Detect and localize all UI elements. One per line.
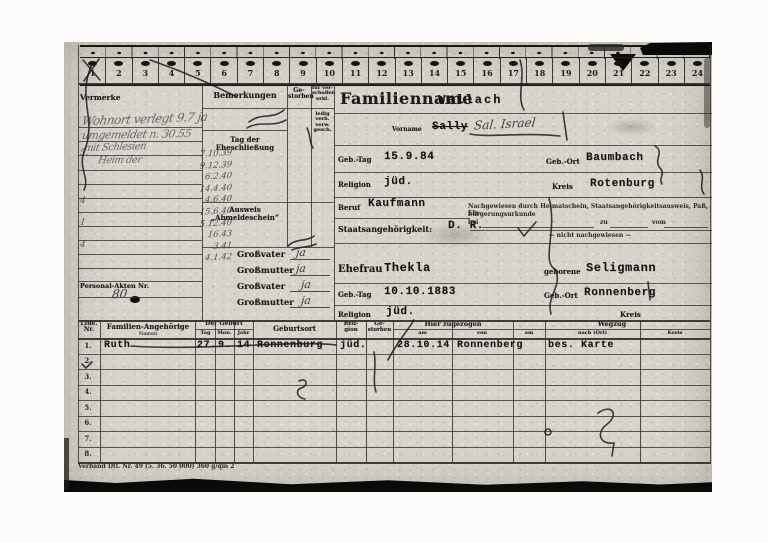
table-cell-name: Ruth (104, 340, 130, 351)
table-cell-zug_am: 28.10.14 (397, 340, 450, 351)
filled-dot-icon (351, 61, 360, 66)
rule-line (287, 83, 288, 247)
column-number: 18 (534, 68, 545, 78)
ehefrau-label: Ehefrau (338, 265, 383, 276)
rule-line (334, 172, 712, 173)
fill-in-line (290, 291, 330, 292)
handwritten-margin-mark: 4 (79, 240, 86, 250)
column-number: 5 (195, 68, 201, 78)
col-header-tag: Tag (196, 331, 215, 336)
scanned-registration-card: 123456789101112131415161718192021222324 … (0, 0, 768, 543)
filled-dot-icon (483, 61, 492, 66)
spouse-religion-value: jüd. (386, 306, 415, 318)
handwritten-date: 9.12.39 (191, 160, 232, 172)
printer-imprint: Verband Dtl. Nr. 49 (5. 36. 50 000) 360 … (78, 464, 234, 471)
filled-dot-icon (614, 61, 623, 66)
column-number: 17 (508, 68, 519, 78)
col-header-angehoerige: Familien-Angehörige (102, 323, 194, 330)
filled-dot-icon (404, 61, 413, 66)
handwritten-margin-mark: 1 (79, 218, 86, 228)
rule-line (195, 329, 253, 330)
handwritten-annotation: mit Schlesien (83, 141, 147, 154)
column-number: 7 (248, 68, 254, 78)
handwritten-date: 5.12.40 (191, 218, 232, 230)
rule-line (393, 329, 710, 330)
rule-line (334, 305, 712, 306)
table-row-number: 5. (80, 404, 96, 412)
column-number: 6 (221, 68, 227, 78)
rule-line (334, 243, 712, 244)
filled-dot-icon (640, 61, 649, 66)
nachweis-vom-label: vom (652, 220, 666, 227)
col-header-namen: Namen (102, 332, 194, 337)
rule-line (334, 197, 712, 198)
col-header-weg-kreis: Kreis (641, 331, 709, 336)
column-number: 10 (324, 68, 335, 78)
filled-dot-icon (509, 61, 518, 66)
column-number-cell: 4 (158, 58, 184, 84)
rule-line (334, 218, 470, 219)
filled-dot-icon (561, 61, 570, 66)
col-header-gestorben: Ge- storben (367, 322, 392, 334)
scan-smudge (588, 44, 624, 51)
rule-line (78, 369, 710, 370)
rule-line (334, 145, 712, 146)
column-number: 12 (376, 68, 387, 78)
kreis-value: Rotenburg (590, 178, 655, 190)
column-number: 22 (639, 68, 650, 78)
filled-dot-icon (193, 61, 202, 66)
column-number-cell: 23 (658, 58, 684, 84)
rule-line (78, 281, 202, 282)
numbered-column-row: 123456789101112131415161718192021222324 (80, 57, 710, 86)
geb-ort-label: Geb.-Ort (546, 158, 580, 166)
column-number-cell: 3 (132, 58, 158, 84)
beruf-label: Beruf (338, 204, 360, 212)
rule-line (78, 338, 710, 340)
rule-line (202, 130, 287, 131)
col-header-weg-am: am (514, 331, 544, 336)
spouse-geb-ort-value: Ronnenberg (584, 287, 656, 299)
table-row-number: 2. (80, 357, 96, 365)
vorname-typed-struck: Sally (432, 121, 468, 133)
filled-dot-icon (693, 61, 702, 66)
filled-dot-icon (535, 61, 544, 66)
column-number-cell: 9 (289, 58, 315, 84)
spouse-geb-tag-label: Geb.-Tag (338, 291, 371, 299)
nachweis-line2: bürgerungsurkunde (468, 212, 536, 219)
staatsangehoerigkeit-label: Staatsangehörigkeit: (338, 225, 432, 234)
filled-dot-icon (588, 61, 597, 66)
rule-line (100, 320, 101, 462)
column-number-cell: 22 (631, 58, 657, 84)
column-number-cell: 5 (184, 58, 210, 84)
table-row-number: 1. (80, 342, 96, 350)
grandparent-label: Großvater (237, 283, 285, 292)
rule-line (195, 320, 196, 462)
rule-line (78, 320, 710, 322)
geborene-label: geborene (544, 268, 581, 276)
rule-line (452, 320, 453, 462)
table-cell-ort: Ronnenburg (257, 340, 323, 351)
filled-dot-icon (430, 61, 439, 66)
filled-dot-icon (667, 61, 676, 66)
rule-line (202, 108, 334, 109)
column-number-cell: 1 (80, 58, 105, 84)
grandparent-label: Großmutter (237, 299, 294, 308)
gestorben-column-label: Ge- storben (288, 88, 310, 101)
geb-ort-value: Baumbach (586, 152, 644, 164)
grandparent-ja-value: ja (300, 278, 311, 292)
column-number-cell: 24 (684, 58, 710, 84)
column-number-cell: 2 (105, 58, 131, 84)
religion-value: jüd. (384, 176, 413, 188)
col-header-religion: Reli- gion (337, 322, 365, 334)
filled-dot-icon (272, 61, 281, 66)
rule-line (78, 198, 202, 199)
column-number: 11 (350, 68, 361, 78)
table-row-number: 7. (80, 435, 96, 443)
geborene-value: Seligmann (586, 261, 656, 275)
frame-line (710, 45, 711, 464)
column-number-cell: 15 (447, 58, 473, 84)
column-number-cell: 12 (368, 58, 394, 84)
rule-line (78, 170, 202, 171)
rule-line (78, 83, 710, 85)
col-header-jahr: Jahr (234, 331, 253, 336)
filled-dot-icon (299, 61, 308, 66)
rule-line (610, 227, 648, 228)
personal-akten-value: 80 (111, 287, 128, 302)
rule-line (336, 320, 337, 462)
table-cell-mon: 9. (218, 340, 231, 351)
rule-line (334, 83, 335, 320)
filled-dot-icon (88, 61, 97, 66)
filled-dot-icon (114, 61, 123, 66)
column-number: 16 (482, 68, 493, 78)
familienname-value: Wallach (438, 93, 502, 107)
column-number-cell: 17 (500, 58, 526, 84)
handwritten-margin-mark: 4 (79, 196, 86, 206)
col-header-geburtsort: Geburtsort (254, 325, 335, 332)
handwritten-date: 15.6.40 (191, 206, 232, 218)
handwritten-date: 7.10.39 (191, 148, 232, 160)
handwritten-date: 14.4.40 (191, 183, 232, 195)
column-number: 15 (455, 68, 466, 78)
familienstand-column-label: ledig verh. verw. gesch. (312, 112, 333, 134)
column-number-cell: 7 (237, 58, 263, 84)
table-row-number: 6. (80, 419, 96, 427)
col-header-wegzug: Wegzug (514, 321, 710, 328)
column-number: 14 (429, 68, 440, 78)
column-number: 2 (116, 68, 122, 78)
column-number-cell: 21 (605, 58, 631, 84)
grandparent-ja-value: ja (300, 294, 311, 308)
col-header-zug-am: am (394, 331, 451, 336)
bemerkungen-label: Bemerkungen (204, 91, 286, 100)
filled-dot-icon (246, 61, 255, 66)
vorname-label: Vorname (392, 127, 422, 133)
filled-dot-icon (220, 61, 229, 66)
nicht-nachgewiesen-label: — nicht nachgewiesen — (520, 233, 660, 240)
column-number: 24 (692, 68, 703, 78)
rule-line (78, 212, 202, 213)
verschollen-column-label: für ver- schollen erkl. (312, 86, 333, 102)
column-number: 4 (169, 68, 175, 78)
kreis-label: Kreis (552, 183, 573, 191)
table-cell-religion: jüd. (340, 340, 366, 351)
grandparent-label: Großmutter (237, 267, 294, 276)
rule-line (78, 268, 202, 269)
col-header-mon: Mon. (215, 331, 234, 336)
col-header-zugezogen: Hier zugezogen (394, 321, 512, 328)
handwritten-annotation: umgemeldet n. 30.55 (81, 127, 193, 142)
column-number: 19 (560, 68, 571, 78)
rule-line (78, 254, 202, 255)
filled-dot-icon (167, 61, 176, 66)
grandparent-ja-value: ja (295, 246, 306, 260)
handwritten-annotation: Heim der (97, 155, 143, 167)
rule-line (482, 227, 594, 228)
spouse-geb-ort-label: Geb.-Ort (544, 292, 578, 300)
table-cell-weg_nach: bes. Karte (548, 340, 614, 351)
geb-tag-label: Geb.-Tag (338, 156, 371, 164)
beruf-value: Kaufmann (368, 198, 426, 210)
column-number-cell: 13 (395, 58, 421, 84)
rule-line (78, 447, 710, 448)
filled-dot-icon (377, 61, 386, 66)
rule-line (470, 230, 712, 231)
column-number: 13 (403, 68, 414, 78)
column-number-cell: 14 (421, 58, 447, 84)
table-row-number: 4. (80, 388, 96, 396)
spouse-kreis-label: Kreis (620, 311, 641, 319)
rule-line (545, 320, 546, 462)
col-header-weg-nach: nach (Ort) (546, 331, 639, 336)
nachweis-bei-label: bei (468, 220, 478, 227)
column-number: 23 (666, 68, 677, 78)
handwritten-margin-mark: 5. (79, 148, 89, 159)
rule-line (78, 226, 202, 227)
religion-label: Religion (338, 181, 371, 189)
column-number-cell: 19 (552, 58, 578, 84)
fill-in-line (290, 307, 330, 308)
rule-line (234, 320, 235, 462)
rule-line (78, 416, 710, 417)
grandparent-ja-value: ja (295, 262, 306, 276)
col-header-lfde-nr: Lfde. Nr. (79, 321, 99, 334)
column-number: 3 (142, 68, 148, 78)
column-number: 8 (274, 68, 280, 78)
ehefrau-name-value: Thekla (384, 261, 431, 275)
rule-line (640, 320, 641, 462)
rule-line (78, 431, 710, 432)
filled-dot-icon (325, 61, 334, 66)
spouse-religion-label: Religion (338, 311, 371, 319)
rule-line (78, 400, 710, 401)
nachweis-zu-label: zu (600, 220, 608, 227)
rule-line (334, 283, 712, 284)
rule-line (664, 227, 708, 228)
handwritten-date: 3.41 (191, 241, 232, 253)
column-number: 21 (613, 68, 624, 78)
rule-line (78, 184, 202, 185)
rule-line (78, 385, 710, 386)
rule-line (78, 240, 202, 241)
table-row-number: 8. (80, 450, 96, 458)
geb-tag-value: 15.9.84 (384, 151, 434, 163)
column-number: 1 (90, 68, 96, 78)
column-number: 20 (587, 68, 598, 78)
rule-line (393, 320, 394, 462)
table-cell-jahr: 14 (237, 340, 250, 351)
grandparent-label: Großvater (237, 251, 285, 260)
column-number-cell: 20 (579, 58, 605, 84)
column-number: 9 (300, 68, 306, 78)
rule-line (78, 462, 710, 464)
rule-line (78, 297, 202, 298)
rule-line (78, 354, 710, 355)
spouse-geb-tag-value: 10.10.1883 (384, 286, 456, 298)
table-cell-tag: 27. (197, 340, 217, 351)
scan-streak-left (64, 438, 69, 490)
filled-dot-icon (141, 61, 150, 66)
table-cell-zug_von: Ronnenberg (457, 340, 523, 351)
scan-artifact-top-right (640, 42, 712, 55)
column-number-cell: 6 (210, 58, 236, 84)
rule-line (334, 113, 712, 114)
column-number-cell: 18 (526, 58, 552, 84)
filled-dot-icon (456, 61, 465, 66)
col-header-zug-von: von (452, 331, 512, 336)
column-number-cell: 11 (342, 58, 368, 84)
table-row-number: 3. (80, 373, 96, 381)
rule-line (253, 320, 254, 462)
column-number-cell: 10 (316, 58, 342, 84)
column-number-cell: 8 (263, 58, 289, 84)
vermerke-label: Vermerke (80, 94, 120, 102)
rule-line (311, 83, 312, 247)
column-number-cell: 16 (473, 58, 499, 84)
